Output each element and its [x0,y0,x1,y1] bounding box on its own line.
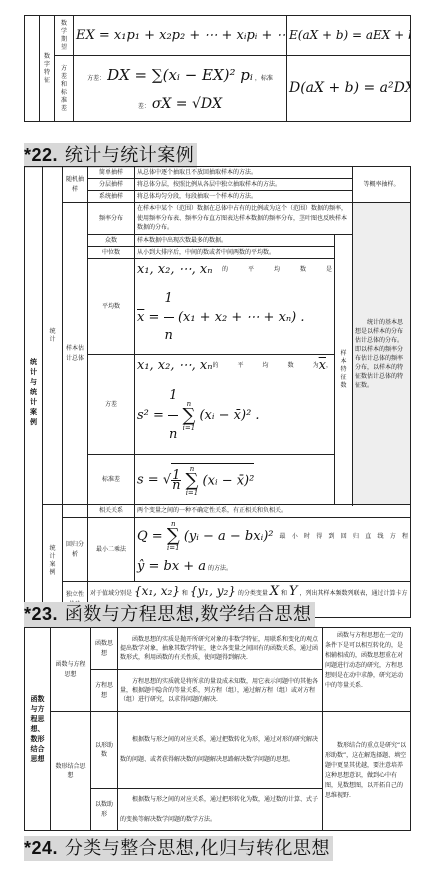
heading-text: 统计与统计案例 [65,145,195,166]
heading-number: *23. [24,604,58,624]
equation-thought-name: 方程思想 [91,670,118,712]
stddev-lhs: s [137,472,144,487]
frac-bottom: n [168,416,178,454]
variance-text: 的平均数为 [212,355,318,377]
regression-line-formula: ŷ = bx + a [137,559,206,574]
sum-bottom: i=1 [186,489,199,497]
stratified-sampling-desc: 将总体分层，按照比例从各层中独立抽取样本的方法。 [135,179,353,191]
sum-bottom: i=1 [182,424,195,432]
freq-dist-desc: 在样本中某个（范围）数据在总体中占有的比例或为这个（范围）数据的频率，使用频率分… [135,203,353,235]
variance-lhs: s² [137,408,149,423]
shape-aid-number-name: 以形助数 [91,712,118,789]
least-squares-cell: Q = n∑i=1 Q = ∑(yᵢ − a − bxᵢ)²(yᵢ − a − … [135,518,411,582]
simple-sampling-name: 简单抽样 [88,167,135,179]
number-aid-shape-name: 以数助形 [91,789,118,831]
sampling-note: 等概率抽样。 [353,167,411,203]
function-equation-note: 函数与方程思想在一定的条件下是可以相互转化的，是相辅相成的，函数思想重在对问题进… [323,628,411,712]
group-label-numeric-features: 数字特征 [40,16,55,122]
label-expectation: 数学期望 [55,16,74,56]
expectation-property: E(aX + b) = aEX + b [287,16,411,56]
stddev-body: (xᵢ − x̄)² [203,473,255,488]
frac-top: 1 [168,377,178,416]
frac-top: 1 [164,281,174,318]
ind-set1: {x₁, x₂} [134,584,180,598]
function-thought-name: 函数思想 [91,628,118,670]
least-squares-name: 最小二乘法 [88,518,135,582]
sum-bottom: i=1 [167,544,180,552]
mean-end: . [300,310,304,325]
expectation-formula: EX = x₁p₁ + x₂p₂ + ⋯ + xᵢpᵢ + ⋯ + xₙpₙ [74,16,287,56]
variance-formula-cell-22: x₁, x₂, ⋯, xₙ 的平均数为 x ， s² = 1n n∑i=1 (x… [135,355,335,455]
mean-formula-cell: x₁, x₂, ⋯, xₙ 的平均数是 x = 1n (x₁ + x₂ + ⋯ … [135,259,335,355]
mean-text: 的平均数是 [222,259,332,281]
median-name: 中位数 [88,247,135,259]
ind-set2: {y₁, y₂} [190,584,236,598]
correlation-desc: 两个变量之间的一种不确定性关系，有正相关和负相关。 [135,505,411,518]
blank-cell [25,16,40,122]
ind-t2: 和 [182,590,188,597]
heading-number: *22. [24,145,58,165]
main-label-function-shape: 函数与方程思想、数形结合思想 [25,628,51,831]
label-sample-features: 样本特征数 [335,235,353,505]
expectation-variance-table: 数字特征 数学期望 EX = x₁p₁ + x₂p₂ + ⋯ + xᵢpᵢ + … [24,15,411,122]
mean-name: 平均数 [88,259,135,355]
function-equation-table: 函数与方程思想、数形结合思想 函数与方程思想 函数思想 函数思想的实质是抛开所研… [24,627,411,831]
variance-formula-cell: 方差： DX = ∑(xᵢ − EX)² pᵢ ，标准 差： σX = √DX [74,56,287,122]
ind-t4: 和 [281,590,287,597]
heading-text: 函数与方程思想,数学结合思想 [65,604,312,625]
shape-aid-number-desc: 根据数与形之间的对应关系，通过把数转化为形，通过对形的研究解决数的问题、或者获得… [118,712,323,789]
mean-lhs: x [137,310,144,325]
estimation-note: 统计的基本思想是以样本的分布估计总体的分布。即以样本的频率分布估计总体的频率分布… [353,203,411,505]
variance-vars: x₁, x₂, ⋯, xₙ [137,355,212,377]
frac-bottom: n [164,318,174,354]
section-22-heading: *22. 统计与统计案例 [24,143,197,168]
mean-vars: x₁, x₂, ⋯, xₙ [137,259,212,281]
label-number-shape: 数形结合思想 [51,712,91,831]
number-shape-note: 数形结合的重点是研究“以形助数”，这在解选择题、填空题中更显其优越，要注意培养这… [323,712,411,831]
equation-thought-desc: 方程思想的实质就是将所求的量设成未知数，用它表示问题中的其他各量，根据题中隐含的… [118,670,323,712]
stddev-name: 标准差 [88,455,135,505]
variance-body: (xᵢ − x̄)² [199,408,251,423]
variance-prefix: 方差： [87,75,105,82]
main-label-statistics: 统计与统计案例 [25,167,43,618]
label-statistical-cases: 统计案例 [43,505,63,618]
variance-mid: ，标准 [255,75,273,82]
function-thought-desc: 函数思想的实质是抛开所研究对象的非数学特征，用联系和变化的观点提出数学对象，抽象… [118,628,323,670]
mode-desc: 样本数据中出现次数最多的数据。 [135,235,335,247]
variance-xbar: x [319,355,326,377]
stratified-sampling-name: 分层抽样 [88,179,135,191]
median-desc: 从小到大排序后，中间的数或者中间两数的平均数。 [135,247,335,259]
variance-name: 方差 [88,355,135,455]
q-text: 最小时得到回归直线方程 [279,519,408,555]
ind-t3: 的分类变量 [238,590,268,597]
variance-property: D(aX + b) = a²DX [287,56,411,122]
label-statistics: 统计 [43,167,63,505]
stddev-prefix: 差： [138,103,150,110]
label-regression: 回归分析 [63,518,88,582]
mode-name: 众数 [88,235,135,247]
systematic-sampling-name: 系统抽样 [88,191,135,203]
ind-t1: 对于值域分别是 [90,590,132,597]
ind-Y: Y [289,584,298,599]
correlation-name: 相关关系 [88,505,135,518]
regression-line-text: 的方法。 [208,565,232,572]
simple-sampling-desc: 从总体中逐个抽取且不放回抽取样本的方法。 [135,167,353,179]
label-random-sampling: 随机抽样 [63,167,88,203]
heading-number: *24. [24,838,58,858]
freq-dist-name: 频率分布 [88,203,135,235]
systematic-sampling-desc: 将总体均匀分段，每段抽取一个样本的方法。 [135,191,353,203]
statistics-table: 统计与统计案例 统计 随机抽样 简单抽样 从总体中逐个抽取且不放回抽取样本的方法… [24,166,411,618]
heading-text: 分类与整合思想,化归与转化思想 [65,838,330,859]
section-24-heading: *24. 分类与整合思想,化归与转化思想 [24,836,333,861]
variance-formula: DX = ∑(xᵢ − EX)² pᵢ [107,66,253,84]
blank-correlation-group [63,505,88,518]
label-sample-estimation: 样本估计总体 [63,203,88,505]
variance-comma: ， [326,355,332,377]
variance-end: . [255,408,259,423]
label-function-equation: 函数与方程思想 [51,628,91,712]
section-23-heading: *23. 函数与方程思想,数学结合思想 [24,602,315,627]
ind-X: X [270,584,279,599]
stddev-formula-cell: s = √ 1n n∑i=1 (xᵢ − x̄)² [135,455,335,505]
label-variance-stddev: 方差和标准差 [55,56,74,122]
mean-rhs: (x₁ + x₂ + ⋯ + xₙ) [178,310,296,325]
stddev-formula: σX = √DX [152,96,222,112]
number-aid-shape-desc: 根据数与形之间的对应关系，通过把形转化为数，通过数的计算、式子的变换等解决数学问… [118,789,323,831]
frac-bottom: n [171,481,181,491]
